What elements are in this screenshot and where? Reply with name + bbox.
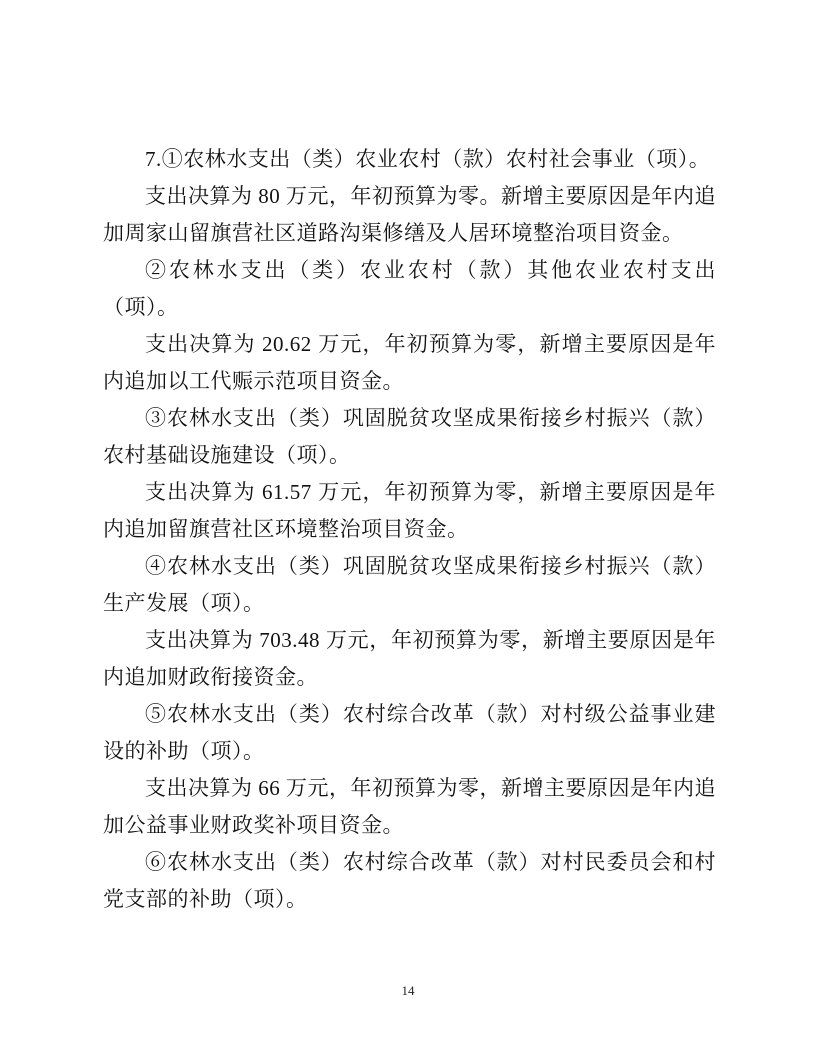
paragraph-item-7-1-detail: 支出决算为 80 万元，年初预算为零。新增主要原因是年内追加周家山留旗营社区道路…	[103, 178, 716, 252]
document-body: 7.①农林水支出（类）农业农村（款）农村社会事业（项）。 支出决算为 80 万元…	[103, 141, 716, 918]
paragraph-item-7-2-heading: ②农林水支出（类）农业农村（款）其他农业农村支出（项）。	[103, 252, 716, 326]
document-page: 7.①农林水支出（类）农业农村（款）农村社会事业（项）。 支出决算为 80 万元…	[0, 0, 816, 1056]
paragraph-item-7-5-detail: 支出决算为 66 万元，年初预算为零，新增主要原因是年内追加公益事业财政奖补项目…	[103, 770, 716, 844]
paragraph-item-7-3-heading: ③农林水支出（类）巩固脱贫攻坚成果衔接乡村振兴（款）农村基础设施建设（项）。	[103, 400, 716, 474]
paragraph-item-7-1-heading: 7.①农林水支出（类）农业农村（款）农村社会事业（项）。	[103, 141, 716, 178]
paragraph-item-7-4-heading: ④农林水支出（类）巩固脱贫攻坚成果衔接乡村振兴（款）生产发展（项）。	[103, 548, 716, 622]
paragraph-item-7-6-heading: ⑥农林水支出（类）农村综合改革（款）对村民委员会和村党支部的补助（项）。	[103, 844, 716, 918]
paragraph-item-7-2-detail: 支出决算为 20.62 万元，年初预算为零，新增主要原因是年内追加以工代赈示范项…	[103, 326, 716, 400]
page-number: 14	[0, 983, 816, 999]
paragraph-item-7-5-heading: ⑤农林水支出（类）农村综合改革（款）对村级公益事业建设的补助（项）。	[103, 696, 716, 770]
paragraph-item-7-4-detail: 支出决算为 703.48 万元，年初预算为零，新增主要原因是年内追加财政衔接资金…	[103, 622, 716, 696]
paragraph-item-7-3-detail: 支出决算为 61.57 万元，年初预算为零，新增主要原因是年内追加留旗营社区环境…	[103, 474, 716, 548]
